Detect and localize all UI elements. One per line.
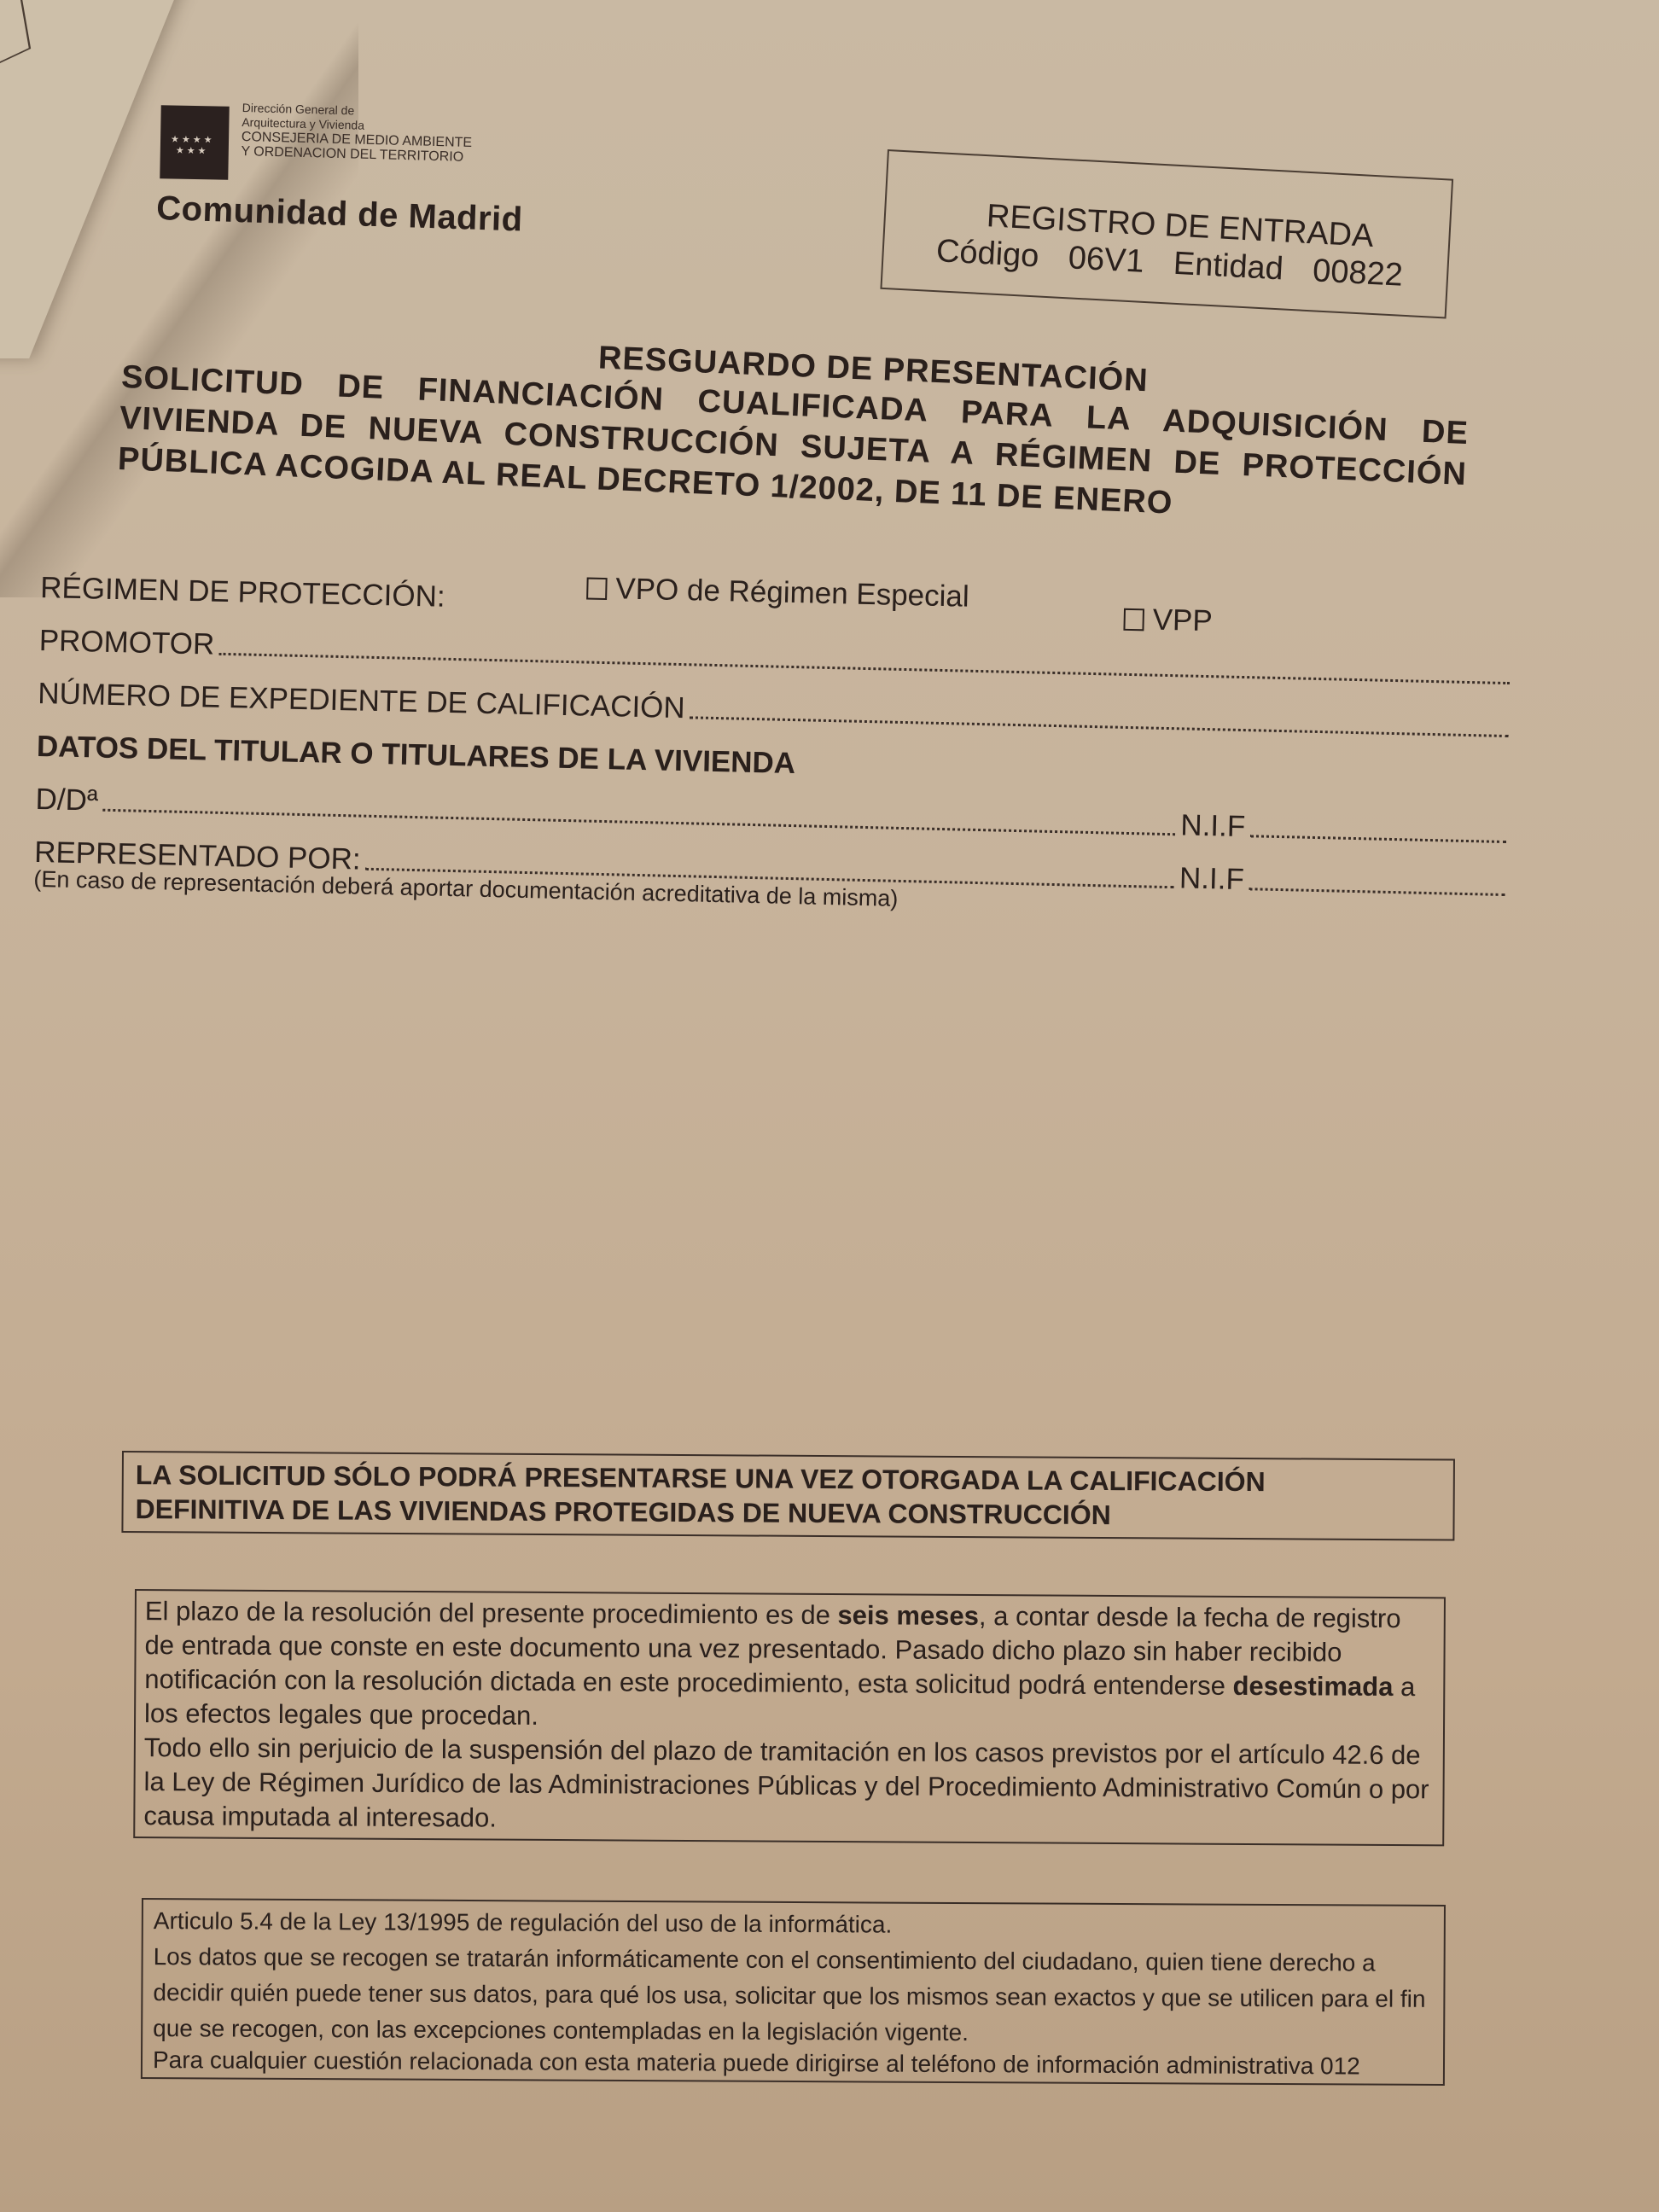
- dd-label: D/Dª: [35, 783, 98, 818]
- rep-nif-label: N.I.F: [1179, 861, 1245, 897]
- calificacion-notice: LA SOLICITUD SÓLO PODRÁ PRESENTARSE UNA …: [121, 1451, 1455, 1541]
- representado-nif-field[interactable]: [1249, 888, 1505, 896]
- notice3-contact: Para cualquier cuestión relacionada con …: [153, 2046, 1433, 2081]
- vpo-checkbox[interactable]: [586, 578, 608, 601]
- organization-header: Dirección General de Arquitectura y Vivi…: [241, 101, 473, 165]
- stars-icon: ★★★★ ★★★: [171, 135, 215, 158]
- comunidad-madrid-logo-icon: ★★★★ ★★★: [160, 105, 229, 179]
- document-title: RESGUARDO DE PRESENTACIÓN SOLICITUD DE F…: [117, 320, 1470, 536]
- application-form: RÉGIMEN DE PROTECCIÓN: VPO de Régimen Es…: [33, 559, 1516, 926]
- plazo-resolucion-notice: El plazo de la resolución del presente p…: [133, 1589, 1446, 1846]
- notice2-seis-meses: seis meses: [837, 1600, 979, 1631]
- promotor-label: PROMOTOR: [38, 624, 214, 662]
- vpp-checkbox[interactable]: [1123, 608, 1144, 632]
- notice3-body: Los datos que se recogen se tratarán inf…: [153, 1939, 1434, 2053]
- vpo-label: VPO de Régimen Especial: [615, 572, 969, 613]
- notice2-desestimada: desestimada: [1232, 1671, 1393, 1702]
- brand-name: Comunidad de Madrid: [156, 189, 524, 239]
- registro-entrada-box: REGISTRO DE ENTRADA Código 06V1 Entidad …: [880, 149, 1453, 319]
- titular-nif-field[interactable]: [1250, 835, 1506, 843]
- option-vpo[interactable]: VPO de Régimen Especial: [586, 572, 969, 614]
- document-page: ★★★★ ★★★ Dirección General de Arquitectu…: [0, 0, 1659, 2212]
- nif-label: N.I.F: [1180, 808, 1246, 844]
- notice2-text-f: Todo ello sin perjuicio de la suspensión…: [143, 1731, 1435, 1841]
- data-protection-notice: Articulo 5.4 de la Ley 13/1995 de regula…: [141, 1898, 1446, 2086]
- notice2-text-a: El plazo de la resolución del presente p…: [145, 1596, 838, 1630]
